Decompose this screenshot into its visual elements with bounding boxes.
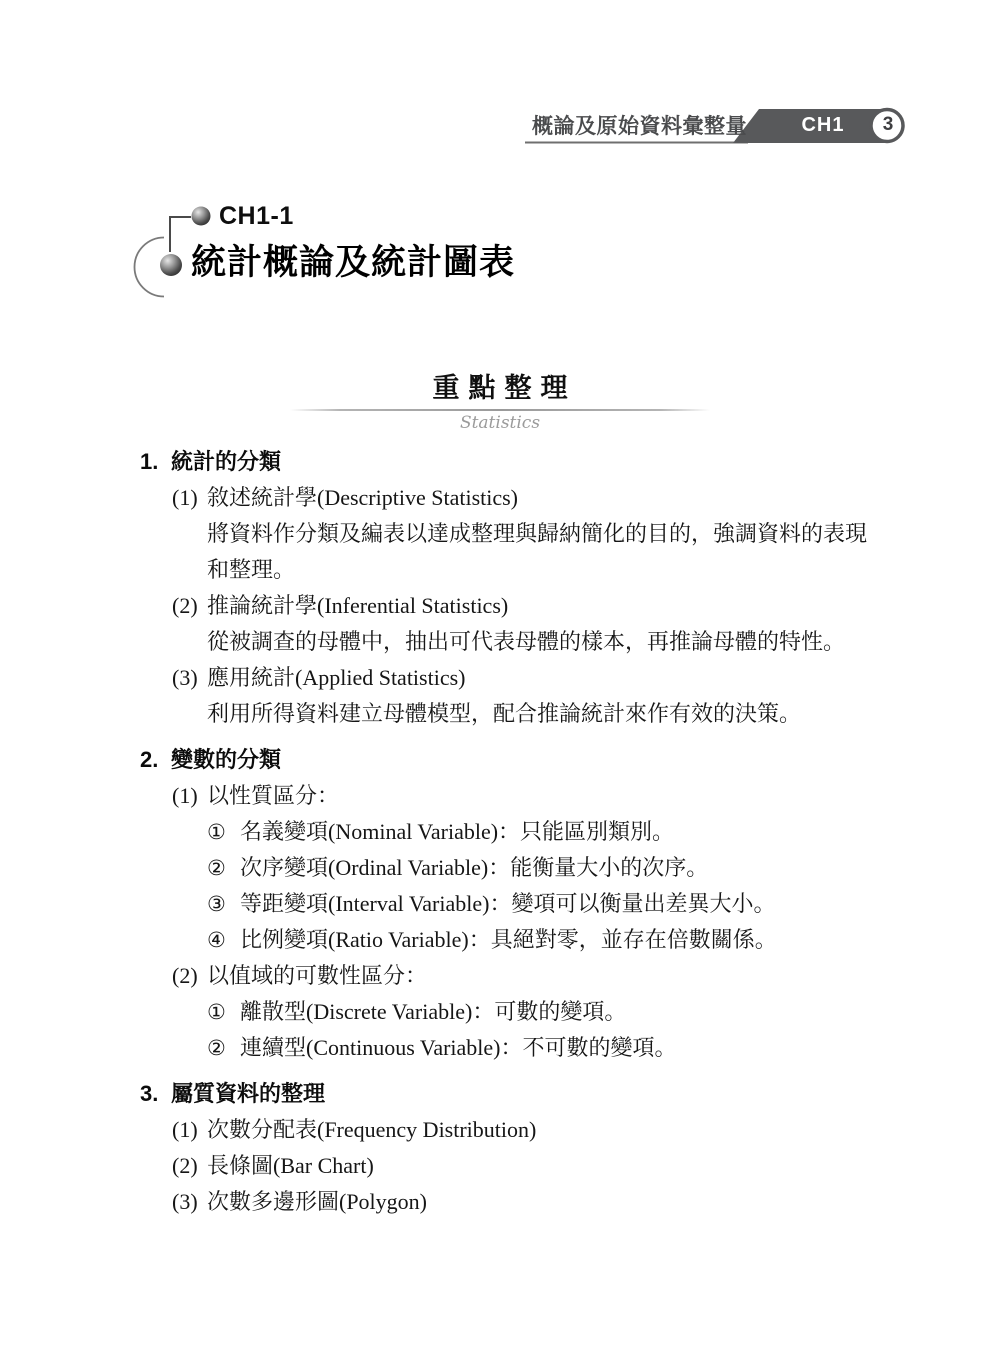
circled-number: ②: [207, 1030, 240, 1066]
item-continuation: 將資料作分類及編表以達成整理與歸納簡化的目的，強調資料的表現: [140, 516, 885, 552]
item-text: 等距變項(Interval Variable)：變項可以衡量出差異大小。: [240, 891, 775, 916]
title-band-left-cap: [135, 238, 165, 297]
item-label: (2): [172, 1148, 207, 1184]
highlight-title: 重點整理: [0, 366, 1000, 405]
section-title-bullet-icon: [160, 254, 182, 276]
circled-list-item: ③等距變項(Interval Variable)：變項可以衡量出差異大小。: [140, 886, 885, 922]
list-item: (2)以值域的可數性區分：: [140, 958, 885, 994]
item-text: 次序變項(Ordinal Variable)：能衡量大小的次序。: [240, 855, 708, 880]
circled-number: ①: [207, 994, 240, 1030]
circled-number: ①: [207, 814, 240, 850]
running-header-title: 概論及原始資料彙整量: [532, 110, 747, 140]
outline-section-3-heading: 3.屬質資料的整理: [140, 1076, 885, 1112]
section-heading-text: 變數的分類: [171, 747, 281, 772]
item-text: 長條圖(Bar Chart): [207, 1153, 374, 1178]
item-text: 連續型(Continuous Variable)：不可數的變項。: [240, 1035, 677, 1060]
circled-list-item: ④比例變項(Ratio Variable)：具絕對零，並存在倍數關係。: [140, 922, 885, 958]
item-text: 應用統計(Applied Statistics): [207, 665, 465, 690]
item-text: 敘述統計學(Descriptive Statistics): [207, 485, 518, 510]
circled-number: ④: [207, 922, 240, 958]
item-text: 推論統計學(Inferential Statistics): [207, 593, 508, 618]
highlight-subtitle: Statistics: [0, 413, 1000, 433]
item-text: 次數多邊形圖(Polygon): [207, 1189, 427, 1214]
list-item: (3)應用統計(Applied Statistics): [140, 660, 885, 696]
list-item: (1)敘述統計學(Descriptive Statistics): [140, 480, 885, 516]
circled-list-item: ①離散型(Discrete Variable)：可數的變項。: [140, 994, 885, 1030]
section-heading-text: 統計的分類: [171, 449, 281, 474]
list-item: (1)次數分配表(Frequency Distribution): [140, 1112, 885, 1148]
highlight-block: 重點整理 Statistics: [0, 366, 1000, 433]
section-number: 1.: [140, 444, 171, 480]
item-label: (2): [172, 958, 207, 994]
section-code-connector: [170, 217, 191, 252]
chapter-badge: CH1: [773, 108, 873, 143]
item-label: (1): [172, 480, 207, 516]
circled-list-item: ②次序變項(Ordinal Variable)：能衡量大小的次序。: [140, 850, 885, 886]
section-code-bullet-icon: [192, 207, 211, 226]
item-text: 離散型(Discrete Variable)：可數的變項。: [240, 999, 626, 1024]
circled-number: ②: [207, 850, 240, 886]
book-page: { "header": { "running_title": "概論及原始資料彙…: [0, 0, 1000, 1353]
section-number: 3.: [140, 1076, 171, 1112]
section-title: 統計概論及統計圖表: [191, 241, 515, 285]
item-label: (3): [172, 1184, 207, 1220]
item-continuation: 利用所得資料建立母體模型，配合推論統計來作有效的決策。: [140, 696, 885, 732]
outline-section-2-heading: 2.變數的分類: [140, 742, 885, 778]
item-label: (2): [172, 588, 207, 624]
page-number: 3: [872, 108, 904, 142]
list-item: (2)推論統計學(Inferential Statistics): [140, 588, 885, 624]
item-text: 名義變項(Nominal Variable)：只能區別類別。: [240, 819, 674, 844]
section-number: 2.: [140, 742, 171, 778]
list-item: (3)次數多邊形圖(Polygon): [140, 1184, 885, 1220]
item-label: (1): [172, 1112, 207, 1148]
item-text: 以值域的可數性區分：: [207, 963, 427, 988]
item-label: (3): [172, 660, 207, 696]
circled-number: ③: [207, 886, 240, 922]
item-text: 次數分配表(Frequency Distribution): [207, 1117, 536, 1142]
item-text: 以性質區分：: [207, 783, 339, 808]
outline: 1.統計的分類 (1)敘述統計學(Descriptive Statistics)…: [140, 444, 885, 1220]
circled-list-item: ②連續型(Continuous Variable)：不可數的變項。: [140, 1030, 885, 1066]
item-continuation: 和整理。: [140, 552, 885, 588]
highlight-divider: [290, 409, 710, 411]
outline-section-1-heading: 1.統計的分類: [140, 444, 885, 480]
page-decorations: [0, 0, 1000, 340]
item-text: 比例變項(Ratio Variable)：具絕對零，並存在倍數關係。: [240, 927, 777, 952]
list-item: (2)長條圖(Bar Chart): [140, 1148, 885, 1184]
item-label: (1): [172, 778, 207, 814]
section-heading-text: 屬質資料的整理: [171, 1081, 325, 1106]
section-code: CH1-1: [219, 202, 294, 231]
item-continuation: 從被調查的母體中，抽出可代表母體的樣本，再推論母體的特性。: [140, 624, 885, 660]
circled-list-item: ①名義變項(Nominal Variable)：只能區別類別。: [140, 814, 885, 850]
list-item: (1)以性質區分：: [140, 778, 885, 814]
